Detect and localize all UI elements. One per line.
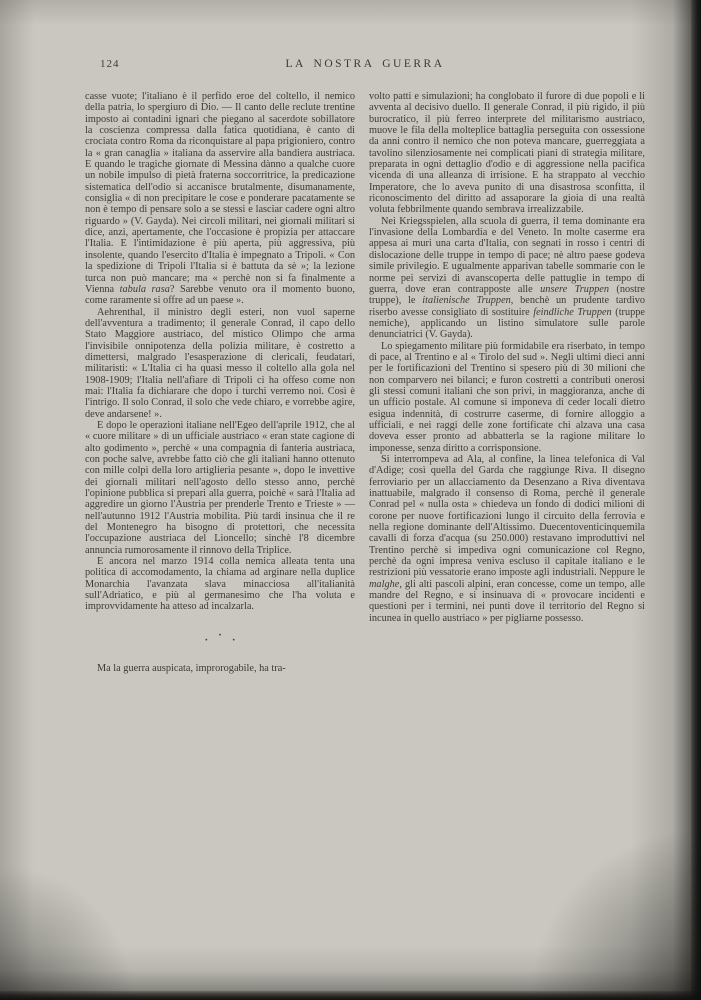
text-columns: casse vuote; l'italiano è il perfido ero… — [85, 91, 645, 674]
text-run: casse vuote; l'italiano è il perfido ero… — [85, 91, 355, 295]
italic-text: malghe — [369, 579, 399, 590]
left-column: casse vuote; l'italiano è il perfido ero… — [85, 91, 355, 674]
text-run: E dopo le operazioni italiane nell'Egeo … — [85, 420, 355, 556]
paragraph: Aehrenthal, il ministro degli esteri, no… — [85, 307, 355, 420]
paragraph: E ancora nel marzo 1914 colla nemica all… — [85, 556, 355, 613]
section-divider: ··· — [85, 630, 355, 644]
text-run: Ma la guerra auspicata, improrogabile, h… — [97, 663, 286, 674]
paragraph: E dopo le operazioni italiane nell'Egeo … — [85, 420, 355, 556]
page: 124 LA NOSTRA GUERRA casse vuote; l'ital… — [0, 0, 701, 1000]
page-edge-shadow-bottom — [0, 991, 701, 1000]
text-run: Aehrenthal, il ministro degli esteri, no… — [85, 307, 355, 420]
text-run: volto patti e simulazioni; ha conglobato… — [369, 91, 645, 215]
text-run: Lo spiegamento militare più formidabile … — [369, 341, 645, 454]
italic-text: italienische Truppen — [422, 295, 511, 306]
divider-dot: · — [232, 634, 236, 646]
page-header: 124 LA NOSTRA GUERRA — [85, 58, 645, 74]
paragraph: Lo spiegamento militare più formidabile … — [369, 341, 645, 454]
divider-dot: · — [218, 629, 222, 641]
italic-text: tabula rasa — [120, 284, 170, 295]
book-page-photo: 124 LA NOSTRA GUERRA casse vuote; l'ital… — [0, 0, 701, 1000]
paragraph: Si interrompeva ad Ala, al confine, la l… — [369, 454, 645, 624]
paragraph: Ma la guerra auspicata, improrogabile, h… — [85, 663, 355, 674]
paragraph: volto patti e simulazioni; ha conglobato… — [369, 91, 645, 216]
running-title: LA NOSTRA GUERRA — [85, 58, 645, 70]
text-run: E ancora nel marzo 1914 colla nemica all… — [85, 556, 355, 612]
paragraph: casse vuote; l'italiano è il perfido ero… — [85, 91, 355, 307]
italic-text: unsere Truppen — [540, 284, 609, 295]
page-edge-shadow-right — [691, 0, 701, 1000]
right-column: volto patti e simulazioni; ha conglobato… — [369, 91, 645, 674]
italic-text: feindliche Truppen — [533, 307, 612, 318]
text-run: Si interrompeva ad Ala, al confine, la l… — [369, 454, 645, 578]
divider-dot: · — [204, 634, 208, 646]
paragraph: Nei Kriegsspielen, alla scuola di guerra… — [369, 216, 645, 341]
text-run: , gli alti pascoli alpini, eran concesse… — [369, 579, 645, 624]
